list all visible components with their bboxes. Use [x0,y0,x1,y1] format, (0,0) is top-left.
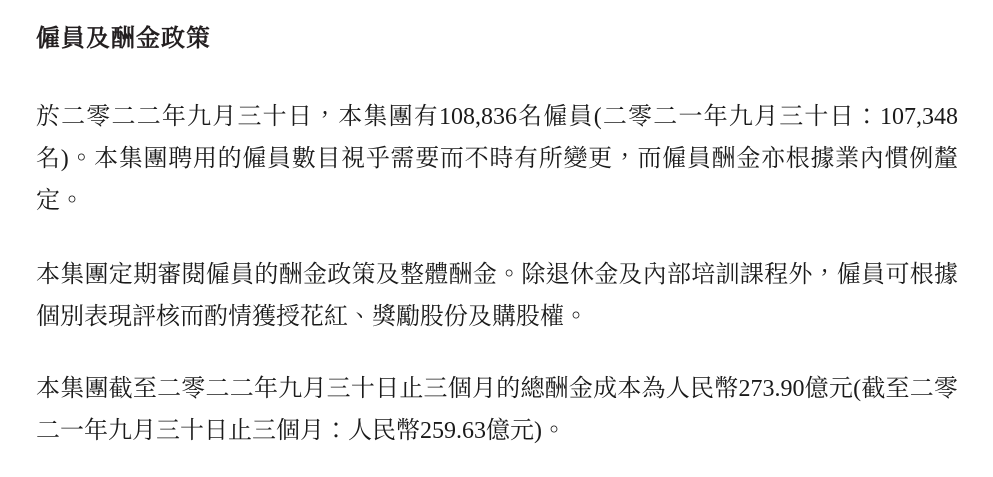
paragraph-employee-count: 於二零二二年九月三十日，本集團有108,836名僱員(二零二一年九月三十日：10… [36,96,958,222]
section-heading: 僱員及酬金政策 [36,25,958,53]
paragraph-remuneration-cost: 本集團截至二零二二年九月三十日止三個月的總酬金成本為人民幣273.90億元(截至… [36,368,958,452]
document-page: 僱員及酬金政策 於二零二二年九月三十日，本集團有108,836名僱員(二零二一年… [0,0,993,477]
paragraph-remuneration-policy: 本集團定期審閱僱員的酬金政策及整體酬金。除退休金及內部培訓課程外，僱員可根據個別… [36,254,958,338]
